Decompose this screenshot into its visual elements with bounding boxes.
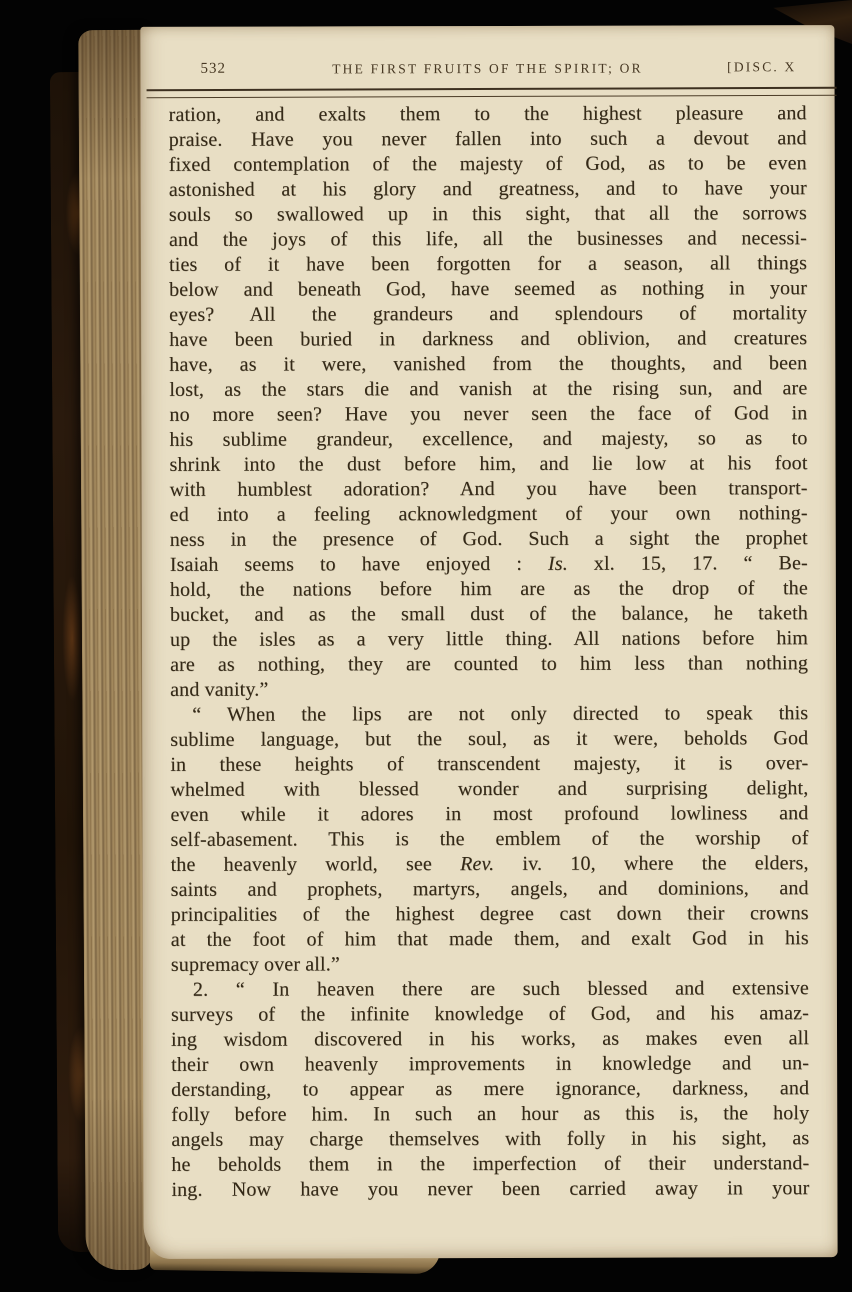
text-line: and vanity.” [170, 676, 808, 703]
text-line: at the foot of him that made them, and e… [171, 926, 809, 953]
text-line: up the isles as a very little thing. All… [170, 626, 808, 653]
book-page: 532 THE FIRST FRUITS OF THE SPIRIT; OR [… [140, 25, 837, 1259]
text-line: no more seen? Have you never seen the fa… [169, 401, 807, 428]
text-line: supremacy over all.” [171, 951, 809, 978]
text-line: derstanding, to appear as mere ignorance… [171, 1076, 809, 1103]
text-line: astonished at his glory and greatness, a… [169, 176, 807, 203]
paragraph: “ When the lips are not only directed to… [170, 701, 809, 978]
text-line: with humblest adoration? And you have be… [170, 476, 808, 503]
text-line: he beholds them in the imperfection of t… [171, 1151, 809, 1178]
text-line: are as nothing, they are counted to him … [170, 651, 808, 678]
text-line: ness in the presence of God. Such a sigh… [170, 526, 808, 553]
text-line: 2. “ In heaven there are such blessed an… [171, 976, 809, 1003]
text-line: the heavenly world, see Rev. iv. 10, whe… [171, 851, 809, 878]
section-marker: [DISC. X [727, 59, 796, 75]
text-line: fixed contemplation of the majesty of Go… [169, 151, 807, 178]
text-line: ties of it have been forgotten for a sea… [169, 251, 807, 278]
page-header: 532 THE FIRST FRUITS OF THE SPIRIT; OR [… [140, 59, 834, 83]
text-line: sublime language, but the soul, as it we… [170, 726, 808, 753]
text-line: bucket, and as the small dust of the bal… [170, 601, 808, 628]
paragraph: 2. “ In heaven there are such blessed an… [171, 976, 810, 1203]
text-line: whelmed with blessed wonder and surprisi… [170, 776, 808, 803]
running-title: THE FIRST FRUITS OF THE SPIRIT; OR [332, 61, 643, 78]
text-block: ration, and exalts them to the highest p… [169, 101, 810, 1203]
text-line: saints and prophets, martyrs, angels, an… [171, 876, 809, 903]
text-line: angels may charge themselves with folly … [171, 1126, 809, 1153]
text-line: ing. Now have you never been carried awa… [171, 1176, 809, 1203]
text-line: praise. Have you never fallen into such … [169, 126, 807, 153]
book-scan: 532 THE FIRST FRUITS OF THE SPIRIT; OR [… [0, 0, 852, 1292]
paragraph: ration, and exalts them to the highest p… [169, 101, 809, 703]
text-line: self-abasement. This is the emblem of th… [170, 826, 808, 853]
text-line: souls so swallowed up in this sight, tha… [169, 201, 807, 228]
text-line: shrink into the dust before him, and lie… [170, 451, 808, 478]
text-line: eyes? All the grandeurs and splendours o… [169, 301, 807, 328]
text-line: his sublime grandeur, excellence, and ma… [169, 426, 807, 453]
text-line: ed into a feeling acknowledgment of your… [170, 501, 808, 528]
text-line: have, as it were, vanished from the thou… [169, 351, 807, 378]
text-line: ing wisdom discovered in his works, as m… [171, 1026, 809, 1053]
text-line: lost, as the stars die and vanish at the… [169, 376, 807, 403]
text-line: in these heights of transcendent majesty… [170, 751, 808, 778]
text-line: and the joys of this life, all the busin… [169, 226, 807, 253]
header-double-rule [147, 87, 837, 98]
text-line: “ When the lips are not only directed to… [170, 701, 808, 728]
text-line: even while it adores in most profound lo… [170, 801, 808, 828]
text-line: principalities of the highest degree cas… [171, 901, 809, 928]
text-line: have been buried in darkness and oblivio… [169, 326, 807, 353]
text-line: below and beneath God, have seemed as no… [169, 276, 807, 303]
text-line: their own heavenly improvements in knowl… [171, 1051, 809, 1078]
text-line: ration, and exalts them to the highest p… [169, 101, 807, 128]
text-line: folly before him. In such an hour as thi… [171, 1101, 809, 1128]
text-line: Isaiah seems to have enjoyed : Is. xl. 1… [170, 551, 808, 578]
text-line: hold, the nations before him are as the … [170, 576, 808, 603]
page-number: 532 [200, 61, 226, 78]
text-line: surveys of the infinite knowledge of God… [171, 1001, 809, 1028]
